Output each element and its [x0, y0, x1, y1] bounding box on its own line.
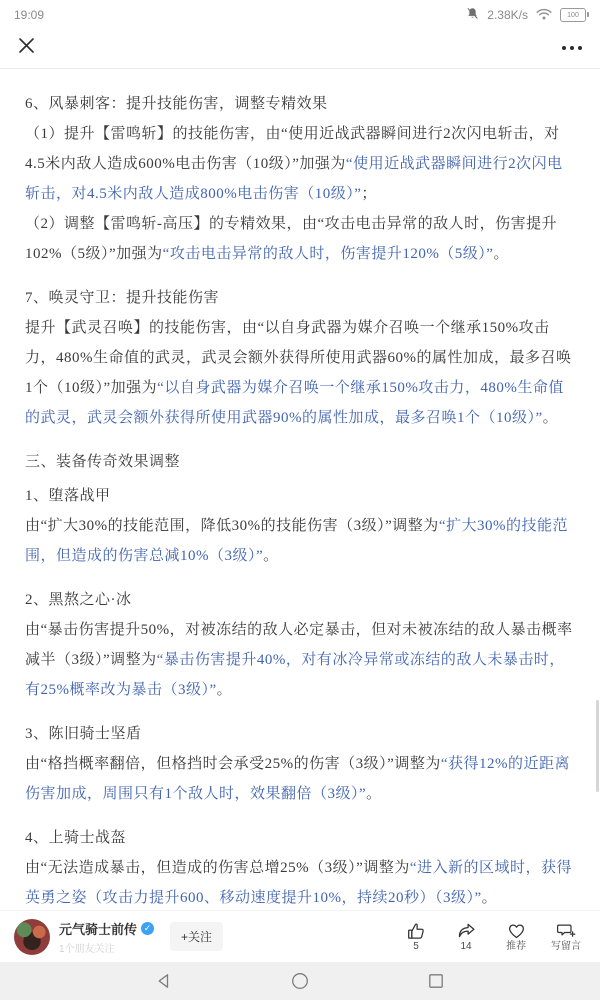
- share-button[interactable]: 14: [446, 921, 486, 953]
- original-value-text: 7、唤灵守卫：提升技能伤害: [25, 290, 219, 306]
- android-nav-bar: [0, 962, 600, 1000]
- original-value-text: ；: [361, 186, 377, 202]
- back-icon[interactable]: [155, 972, 173, 990]
- original-value-text: 三、装备传奇效果调整: [25, 454, 180, 470]
- author-name[interactable]: 元气骑士前传: [59, 919, 137, 938]
- home-icon[interactable]: [290, 971, 310, 991]
- original-value-text: 。: [543, 410, 559, 426]
- original-value-text: 3、陈旧骑士坚盾: [25, 726, 142, 742]
- follow-button[interactable]: +关注: [170, 922, 223, 951]
- original-value-text: 4、上骑士战盔: [25, 830, 126, 846]
- article-heading: 6、风暴刺客：提升技能伤害，调整专精效果: [25, 89, 575, 119]
- share-arrow-icon: [457, 921, 476, 940]
- close-icon[interactable]: [18, 37, 35, 59]
- action-bar: 5 14 推荐 写留言: [396, 921, 586, 953]
- footer-bar: 元气骑士前传 ✓ 1个朋友关注 +关注 5 14: [0, 910, 600, 962]
- article-heading: 2、黑熬之心·冰: [25, 585, 575, 615]
- like-button[interactable]: 5: [396, 921, 436, 953]
- comment-plus-icon: [556, 921, 577, 940]
- share-count: 14: [460, 941, 471, 953]
- article-heading: 三、装备传奇效果调整: [25, 447, 575, 477]
- original-value-text: 。: [217, 682, 233, 698]
- top-nav-bar: [0, 28, 600, 69]
- article-paragraph: 由“无法造成暴击，但造成的伤害总增25%（3级）”调整为“进入新的区域时，获得英…: [25, 853, 575, 913]
- article-content: 6、风暴刺客：提升技能伤害，调整专精效果（1）提升【雷鸣斩】的技能伤害，由“使用…: [0, 69, 600, 913]
- more-options-icon[interactable]: [562, 40, 582, 56]
- original-value-text: 由“格挡概率翻倍，但格挡时会承受25%的伤害（3级）”调整为: [25, 756, 441, 772]
- recommend-button[interactable]: 推荐: [496, 921, 536, 953]
- original-value-text: 6、风暴刺客：提升技能伤害，调整专精效果: [25, 96, 328, 112]
- like-count: 5: [413, 941, 419, 953]
- author-followers-note: 1个朋友关注: [59, 940, 154, 955]
- article-paragraph: 由“暴击伤害提升50%，对被冻结的敌人必定暴击，但对未被冻结的敌人暴击概率减半（…: [25, 615, 575, 705]
- article-paragraph: 由“扩大30%的技能范围，降低30%的技能伤害（3级）”调整为“扩大30%的技能…: [25, 511, 575, 571]
- original-value-text: 由“无法造成暴击，但造成的伤害总增25%（3级）”调整为: [25, 860, 410, 876]
- author-avatar[interactable]: [14, 919, 50, 955]
- changed-value-text: “攻击电击异常的敌人时，伤害提升120%（5级）”: [163, 246, 494, 262]
- thumbs-up-icon: [407, 921, 426, 940]
- recommend-label: 推荐: [506, 941, 526, 953]
- wifi-icon: [536, 8, 552, 23]
- original-value-text: 。: [263, 548, 279, 564]
- scrollbar[interactable]: [596, 700, 599, 792]
- status-time: 19:09: [14, 8, 44, 22]
- heart-icon: [507, 921, 526, 940]
- original-value-text: 。: [482, 890, 498, 906]
- comment-label: 写留言: [551, 941, 581, 953]
- battery-icon: 100: [560, 8, 586, 22]
- article-heading: 1、堕落战甲: [25, 481, 575, 511]
- app-screen: 19:09 2.38K/s 100 6、风暴刺客：提升技能伤害，调整专精效果（1…: [0, 0, 600, 1000]
- article-heading: 4、上骑士战盔: [25, 823, 575, 853]
- notifications-muted-icon: [466, 7, 479, 23]
- verified-badge-icon: ✓: [141, 922, 154, 935]
- article-paragraph: （1）提升【雷鸣斩】的技能伤害，由“使用近战武器瞬间进行2次闪电斩击，对4.5米…: [25, 119, 575, 209]
- article-heading: 7、唤灵守卫：提升技能伤害: [25, 283, 575, 313]
- recents-icon[interactable]: [427, 972, 445, 990]
- original-value-text: 。: [366, 786, 382, 802]
- article-paragraph: （2）调整【雷鸣斩-高压】的专精效果，由“攻击电击异常的敌人时，伤害提升102%…: [25, 209, 575, 269]
- author-block: 元气骑士前传 ✓ 1个朋友关注: [59, 919, 154, 955]
- comment-button[interactable]: 写留言: [546, 921, 586, 953]
- article-paragraph: 提升【武灵召唤】的技能伤害，由“以自身武器为媒介召唤一个继承150%攻击力，48…: [25, 313, 575, 433]
- original-value-text: 1、堕落战甲: [25, 488, 111, 504]
- battery-level: 100: [567, 12, 579, 19]
- article-heading: 3、陈旧骑士坚盾: [25, 719, 575, 749]
- original-value-text: 由“扩大30%的技能范围，降低30%的技能伤害（3级）”调整为: [25, 518, 439, 534]
- network-speed: 2.38K/s: [487, 8, 528, 22]
- original-value-text: 2、黑熬之心·冰: [25, 592, 132, 608]
- original-value-text: 。: [493, 246, 509, 262]
- article-paragraph: 由“格挡概率翻倍，但格挡时会承受25%的伤害（3级）”调整为“获得12%的近距离…: [25, 749, 575, 809]
- status-bar: 19:09 2.38K/s 100: [0, 0, 600, 28]
